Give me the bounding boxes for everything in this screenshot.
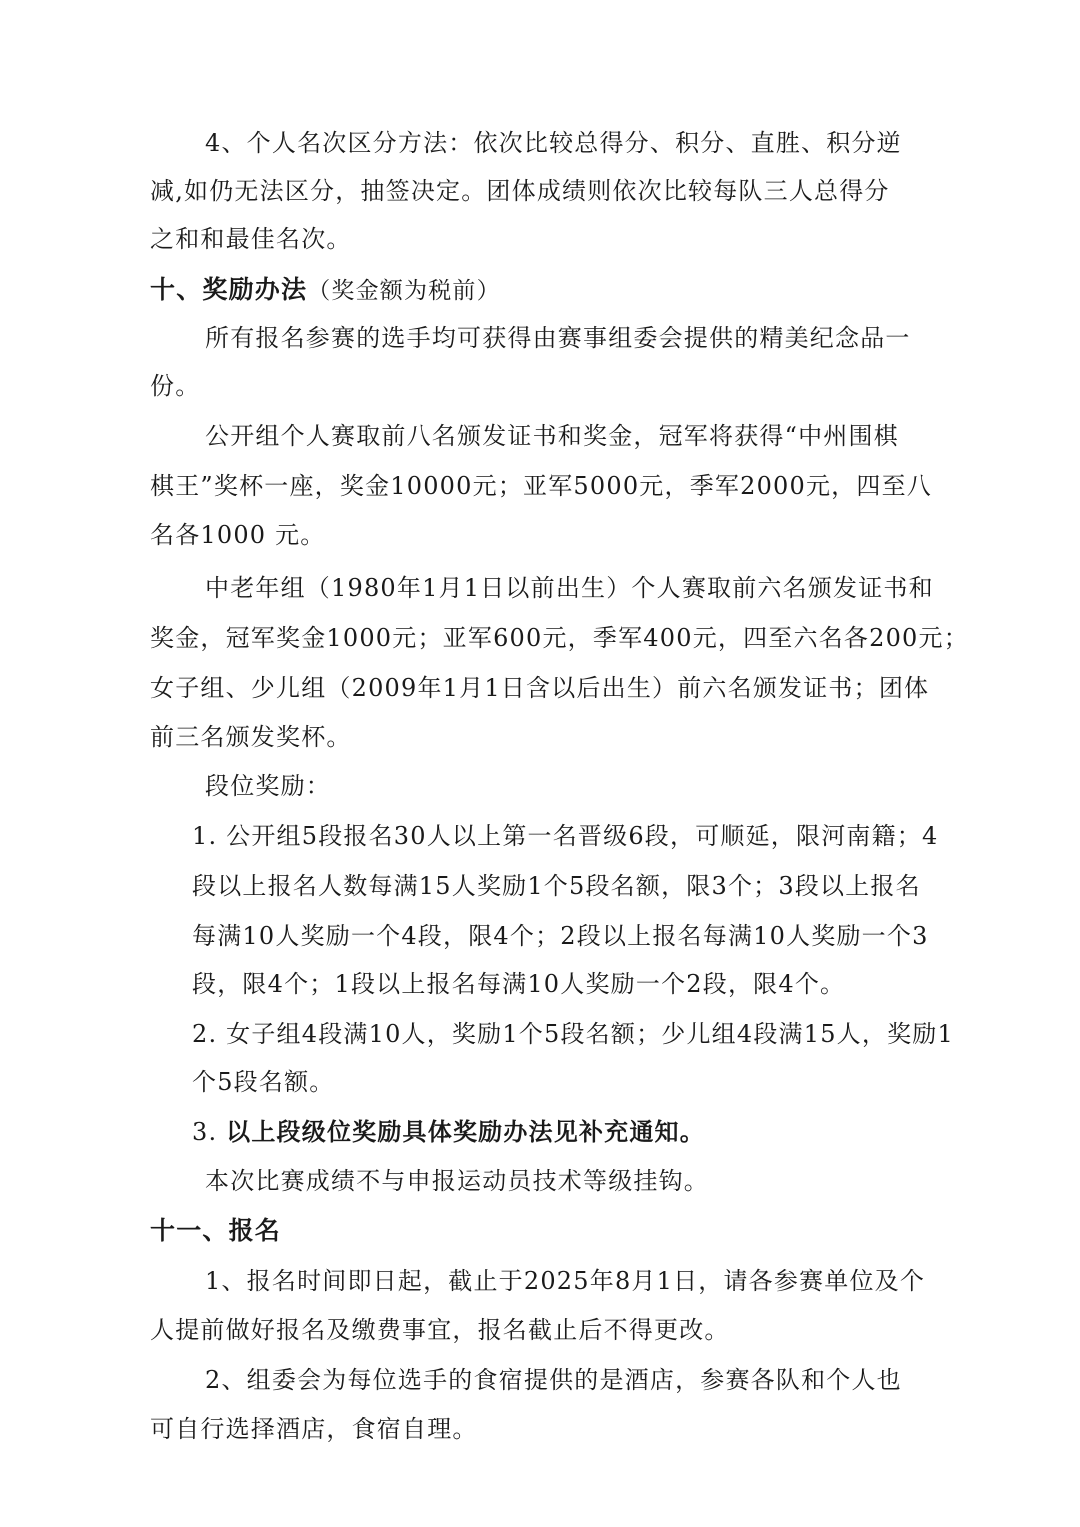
paragraph-senior-group-line-4: 前三名颁发奖杯。 xyxy=(150,721,352,753)
paragraph-ranking-method-line-3: 之和和最佳名次。 xyxy=(150,223,352,255)
paragraph-senior-group-line-2: 奖金，冠军奖金1000元；亚军600元，季军400元，四至六名各200元； xyxy=(150,622,969,654)
section-heading-rewards-title: 十、奖励办法 xyxy=(150,275,307,304)
paragraph-senior-group-line-1: 中老年组（1980年1月1日以前出生）个人赛取前六名颁发证书和 xyxy=(205,572,934,604)
dan-rewards-item-2-line-2: 个5段名额。 xyxy=(192,1066,334,1098)
paragraph-souvenir-line-1: 所有报名参赛的选手均可获得由赛事组委会提供的精美纪念品一 xyxy=(205,322,911,354)
document-page: 4、个人名次区分方法：依次比较总得分、积分、直胜、积分逆 减,如仍无法区分，抽签… xyxy=(0,0,1080,1527)
dan-rewards-item-3-prefix: 3. xyxy=(192,1118,226,1146)
paragraph-disclaimer: 本次比赛成绩不与申报运动员技术等级挂钩。 xyxy=(205,1165,709,1197)
paragraph-souvenir-line-2: 份。 xyxy=(150,370,200,402)
paragraph-open-group-line-1: 公开组个人赛取前八名颁发证书和奖金，冠军将获得“中州围棋 xyxy=(205,420,899,452)
dan-rewards-title: 段位奖励： xyxy=(205,770,331,802)
dan-rewards-item-1-line-1: 1. 公开组5段报名30人以上第一名晋级6段，可顺延，限河南籍；4 xyxy=(192,820,938,852)
paragraph-open-group-line-2: 棋王”奖杯一座，奖金10000元；亚军5000元，季军2000元，四至八 xyxy=(150,470,932,502)
paragraph-registration-item-1-line-1: 1、报名时间即日起，截止于2025年8月1日，请各参赛单位及个 xyxy=(205,1265,925,1297)
paragraph-registration-item-2-line-1: 2、组委会为每位选手的食宿提供的是酒店，参赛各队和个人也 xyxy=(205,1364,902,1396)
dan-rewards-item-1-line-3: 每满10人奖励一个4段，限4个；2段以上报名每满10人奖励一个3 xyxy=(192,920,929,952)
section-heading-registration: 十一、报名 xyxy=(150,1215,281,1247)
dan-rewards-item-3: 3. 以上段级位奖励具体奖励办法见补充通知。 xyxy=(192,1116,705,1148)
dan-rewards-item-3-text: 以上段级位奖励具体奖励办法见补充通知。 xyxy=(226,1117,705,1146)
dan-rewards-item-1-line-4: 段，限4个；1段以上报名每满10人奖励一个2段，限4个。 xyxy=(192,968,845,1000)
section-heading-rewards: 十、奖励办法（奖金额为税前） xyxy=(150,274,501,306)
paragraph-ranking-method-line-2: 减,如仍无法区分，抽签决定。团体成绩则依次比较每队三人总得分 xyxy=(150,175,890,207)
paragraph-registration-item-2-line-2: 可自行选择酒店，食宿自理。 xyxy=(150,1413,478,1445)
paragraph-ranking-method-line-1: 4、个人名次区分方法：依次比较总得分、积分、直胜、积分逆 xyxy=(205,127,902,159)
paragraph-senior-group-line-3: 女子组、少儿组（2009年1月1日含以后出生）前六名颁发证书；团体 xyxy=(150,672,929,704)
dan-rewards-item-2-line-1: 2. 女子组4段满10人，奖励1个5段名额；少儿组4段满15人，奖励1 xyxy=(192,1018,954,1050)
paragraph-registration-item-1-line-2: 人提前做好报名及缴费事宜，报名截止后不得更改。 xyxy=(150,1314,730,1346)
section-heading-rewards-note: （奖金额为税前） xyxy=(307,278,501,304)
paragraph-open-group-line-3: 名各1000 元。 xyxy=(150,519,326,551)
dan-rewards-item-1-line-2: 段以上报名人数每满15人奖励1个5段名额，限3个；3段以上报名 xyxy=(192,870,921,902)
